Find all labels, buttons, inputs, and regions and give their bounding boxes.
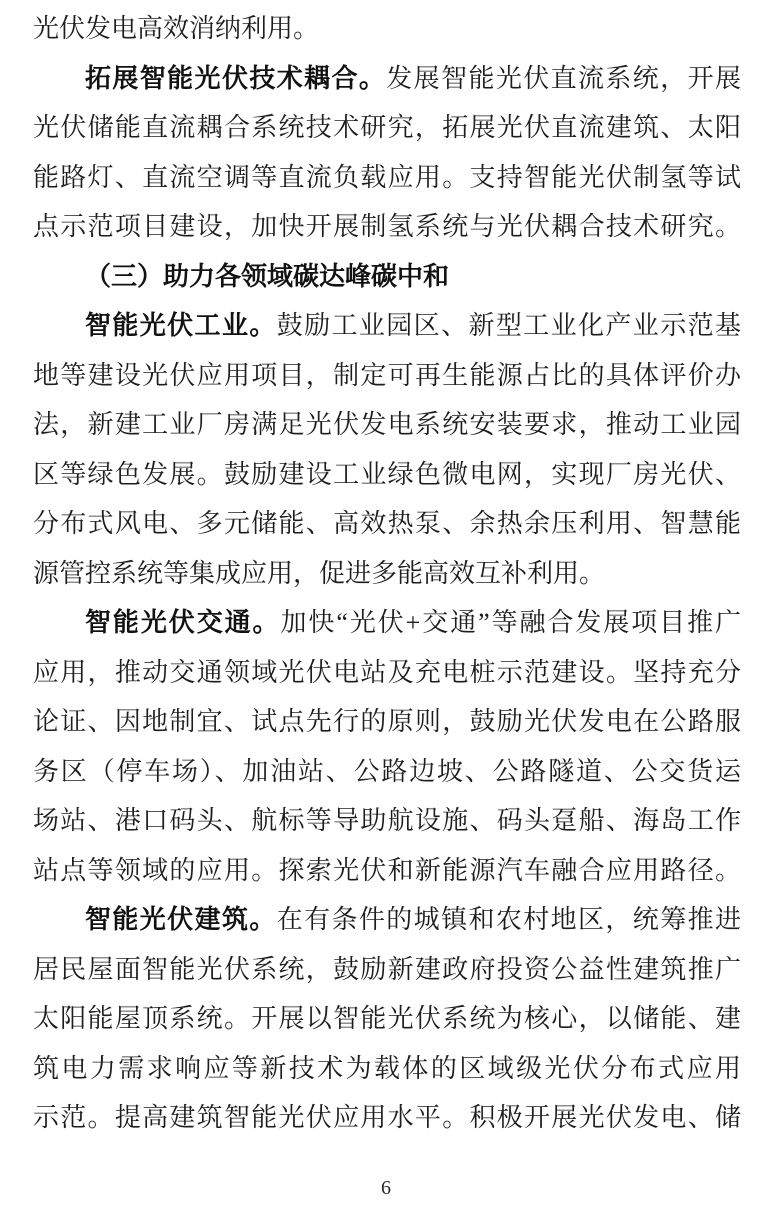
text-line: 分布式风电、多元储能、高效热泵、余热余压利用、智慧能 — [33, 499, 741, 549]
line-text: 能路灯、直流空调等直流负载应用。支持智能光伏制氢等试 — [33, 163, 741, 192]
line-text: 示范。提高建筑智能光伏应用水平。积极开展光伏发电、储 — [33, 1103, 741, 1132]
bold-lead-text: 拓展智能光伏技术耦合。 — [85, 64, 386, 93]
page-number: 6 — [0, 1176, 772, 1200]
text-line: 地等建设光伏应用项目，制定可再生能源占比的具体评价办 — [33, 351, 741, 401]
line-text: 鼓励工业园区、新型工业化产业示范基 — [277, 311, 741, 340]
line-text: 在有条件的城镇和农村地区，统筹推进 — [277, 905, 741, 934]
text-line: （三）助力各领域碳达峰碳中和 — [33, 252, 741, 302]
line-text: 法，新建工业厂房满足光伏发电系统安装要求，推动工业园 — [33, 410, 741, 439]
line-text: 发展智能光伏直流系统，开展 — [386, 64, 741, 93]
text-line: 区等绿色发展。鼓励建设工业绿色微电网，实现厂房光伏、 — [33, 450, 741, 500]
text-line: 智能光伏工业。鼓励工业园区、新型工业化产业示范基 — [33, 301, 741, 351]
line-text: 场站、港口码头、航标等导助航设施、码头趸船、海岛工作 — [33, 806, 741, 835]
bold-lead-text: 智能光伏工业。 — [85, 311, 277, 340]
bold-lead-text: 智能光伏建筑。 — [85, 905, 277, 934]
line-text: 点示范项目建设，加快开展制氢系统与光伏耦合技术研究。 — [33, 212, 741, 241]
text-line: 点示范项目建设，加快开展制氢系统与光伏耦合技术研究。 — [33, 202, 741, 252]
line-text: 光伏发电高效消纳利用。 — [33, 14, 319, 43]
line-text: 源管控系统等集成应用，促进多能高效互补利用。 — [33, 559, 605, 588]
line-text: 应用，推动交通领域光伏电站及充电桩示范建设。坚持充分 — [33, 658, 741, 687]
bold-lead-text: （三）助力各领域碳达峰碳中和 — [85, 262, 449, 291]
line-text: 论证、因地制宜、试点先行的原则，鼓励光伏发电在公路服 — [33, 707, 741, 736]
line-text: 地等建设光伏应用项目，制定可再生能源占比的具体评价办 — [33, 361, 741, 390]
document-page: 光伏发电高效消纳利用。拓展智能光伏技术耦合。发展智能光伏直流系统，开展光伏储能直… — [0, 0, 772, 1222]
text-line: 场站、港口码头、航标等导助航设施、码头趸船、海岛工作 — [33, 796, 741, 846]
text-line: 能路灯、直流空调等直流负载应用。支持智能光伏制氢等试 — [33, 153, 741, 203]
line-text: 区等绿色发展。鼓励建设工业绿色微电网，实现厂房光伏、 — [33, 460, 741, 489]
text-line: 智能光伏交通。加快“光伏+交通”等融合发展项目推广 — [33, 598, 741, 648]
bold-lead-text: 智能光伏交通。 — [85, 608, 281, 637]
line-text: 光伏储能直流耦合系统技术研究，拓展光伏直流建筑、太阳 — [33, 113, 741, 142]
line-text: 加快“光伏+交通”等融合发展项目推广 — [281, 608, 742, 637]
text-line: 筑电力需求响应等新技术为载体的区域级光伏分布式应用 — [33, 1044, 741, 1094]
text-line: 智能光伏建筑。在有条件的城镇和农村地区，统筹推进 — [33, 895, 741, 945]
line-text: 分布式风电、多元储能、高效热泵、余热余压利用、智慧能 — [33, 509, 741, 538]
text-line: 拓展智能光伏技术耦合。发展智能光伏直流系统，开展 — [33, 54, 741, 104]
line-text: 居民屋面智能光伏系统，鼓励新建政府投资公益性建筑推广 — [33, 955, 741, 984]
document-body: 光伏发电高效消纳利用。拓展智能光伏技术耦合。发展智能光伏直流系统，开展光伏储能直… — [33, 4, 741, 1143]
line-text: 筑电力需求响应等新技术为载体的区域级光伏分布式应用 — [33, 1054, 741, 1083]
line-text: 太阳能屋顶系统。开展以智能光伏系统为核心，以储能、建 — [33, 1004, 741, 1033]
text-line: 站点等领域的应用。探索光伏和新能源汽车融合应用路径。 — [33, 846, 741, 896]
line-text: 站点等领域的应用。探索光伏和新能源汽车融合应用路径。 — [33, 856, 741, 885]
line-text: 务区（停车场）、加油站、公路边坡、公路隧道、公交货运 — [33, 757, 741, 786]
text-line: 太阳能屋顶系统。开展以智能光伏系统为核心，以储能、建 — [33, 994, 741, 1044]
text-line: 光伏储能直流耦合系统技术研究，拓展光伏直流建筑、太阳 — [33, 103, 741, 153]
text-line: 示范。提高建筑智能光伏应用水平。积极开展光伏发电、储 — [33, 1093, 741, 1143]
text-line: 源管控系统等集成应用，促进多能高效互补利用。 — [33, 549, 741, 599]
text-line: 论证、因地制宜、试点先行的原则，鼓励光伏发电在公路服 — [33, 697, 741, 747]
text-line: 法，新建工业厂房满足光伏发电系统安装要求，推动工业园 — [33, 400, 741, 450]
text-line: 务区（停车场）、加油站、公路边坡、公路隧道、公交货运 — [33, 747, 741, 797]
text-line: 居民屋面智能光伏系统，鼓励新建政府投资公益性建筑推广 — [33, 945, 741, 995]
text-line: 应用，推动交通领域光伏电站及充电桩示范建设。坚持充分 — [33, 648, 741, 698]
text-line: 光伏发电高效消纳利用。 — [33, 4, 741, 54]
